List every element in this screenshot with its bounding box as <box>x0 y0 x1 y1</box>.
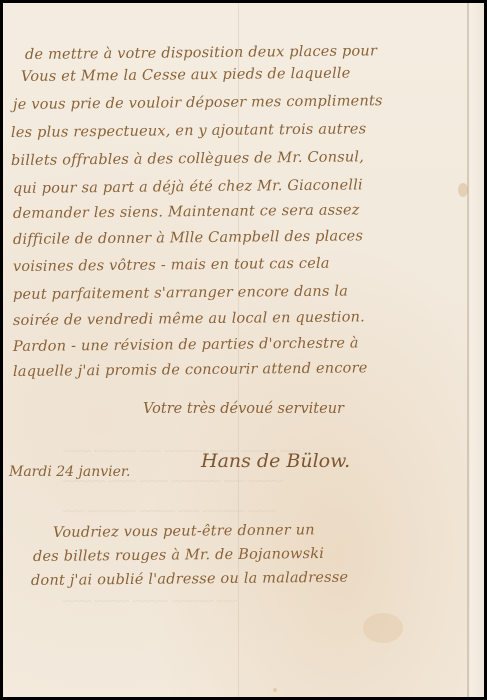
letter-closing: Votre très dévoué serviteur <box>143 401 344 417</box>
letter-body-line: billets offrables à des collègues de Mr.… <box>11 149 364 169</box>
letter-text: de mettre à votre disposition deux place… <box>3 3 484 697</box>
letter-body-line: Vous et Mme la Cesse aux pieds de laquel… <box>21 66 351 85</box>
letter-body-line: voisines des vôtres - mais en tout cas c… <box>13 256 330 275</box>
letter-body-line: de mettre à votre disposition deux place… <box>25 43 377 63</box>
letter-body-line: les plus respectueux, en y ajoutant troi… <box>11 121 366 141</box>
image-frame: ~~~ ~~~~~ ~~~~ ~~~~~~ ~~~ ~~~~~~ ~~~~ ~~… <box>0 0 487 700</box>
letter-body-line: laquelle j'ai promis de concourir attend… <box>13 360 368 380</box>
letter-body-line: qui pour sa part a déjà été chez Mr. Gia… <box>13 177 363 197</box>
letter-body-line: Pardon - une révision de parties d'orche… <box>13 335 359 355</box>
postscript-line: Voudriez vous peut-être donner un <box>53 522 315 541</box>
letter-body-line: demander les siens. Maintenant ce sera a… <box>13 202 360 222</box>
letter-date: Mardi 24 janvier. <box>9 464 131 480</box>
letter-body-line: peut parfaitement s'arranger encore dans… <box>13 283 348 303</box>
postscript-line: dont j'ai oublié l'adresse ou la maladre… <box>31 570 348 589</box>
letter-body-line: je vous prie de vouloir déposer mes comp… <box>13 93 383 113</box>
letter-body-line: difficile de donner à Mlle Campbell des … <box>13 228 363 248</box>
postscript-line: des billets rouges à Mr. de Bojanowski <box>33 546 324 565</box>
letter-body-line: soirée de vendredi même au local en ques… <box>13 309 365 329</box>
letter-page: ~~~ ~~~~~ ~~~~ ~~~~~~ ~~~ ~~~~~~ ~~~~ ~~… <box>3 3 484 697</box>
letter-signature: Hans de Bülow. <box>201 450 350 472</box>
